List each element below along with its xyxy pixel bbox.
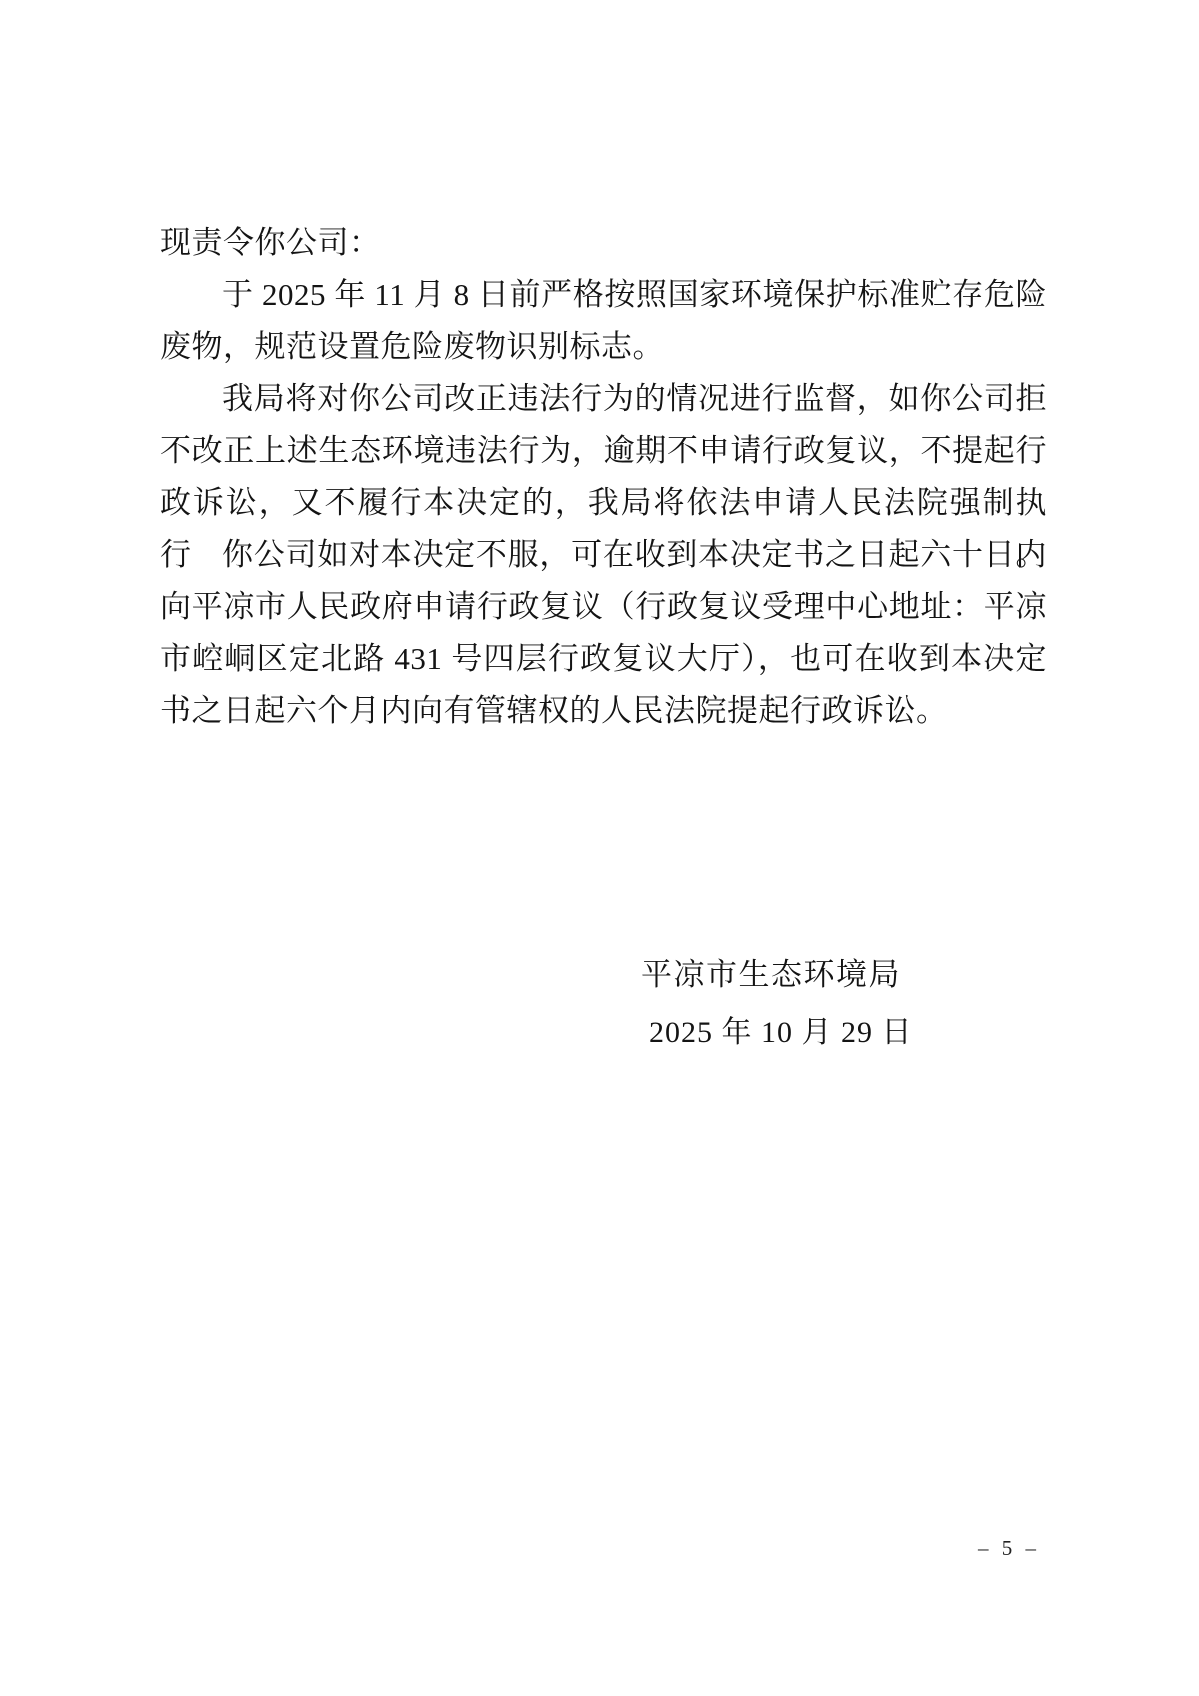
signature-agency: 平凉市生态环境局	[641, 949, 901, 1001]
text-line: 于 2025 年 11 月 8 日前严格按照国家环境保护标准贮存危险	[160, 269, 1047, 321]
text-line: 市崆峒区定北路 431 号四层行政复议大厅），也可在收到本决定	[160, 633, 1047, 685]
text-line: 政诉讼，又不履行本决定的，我局将依法申请人民法院强制执行。	[160, 477, 1047, 529]
page-number: – 5 –	[978, 1535, 1040, 1561]
text-line: 不改正上述生态环境违法行为，逾期不申请行政复议，不提起行	[160, 425, 1047, 477]
body-text: 现责令你公司： 于 2025 年 11 月 8 日前严格按照国家环境保护标准贮存…	[160, 217, 1047, 737]
document-page: 现责令你公司： 于 2025 年 11 月 8 日前严格按照国家环境保护标准贮存…	[0, 0, 1199, 1696]
text-line: 现责令你公司：	[160, 217, 1047, 269]
text-line: 书之日起六个月内向有管辖权的人民法院提起行政诉讼。	[160, 685, 1047, 737]
text-line: 我局将对你公司改正违法行为的情况进行监督，如你公司拒	[160, 373, 1047, 425]
text-line: 向平凉市人民政府申请行政复议（行政复议受理中心地址：平凉	[160, 581, 1047, 633]
text-line: 你公司如对本决定不服，可在收到本决定书之日起六十日内	[160, 529, 1047, 581]
signature-date: 2025 年 10 月 29 日	[649, 1007, 913, 1059]
text-line: 废物，规范设置危险废物识别标志。	[160, 321, 1047, 373]
